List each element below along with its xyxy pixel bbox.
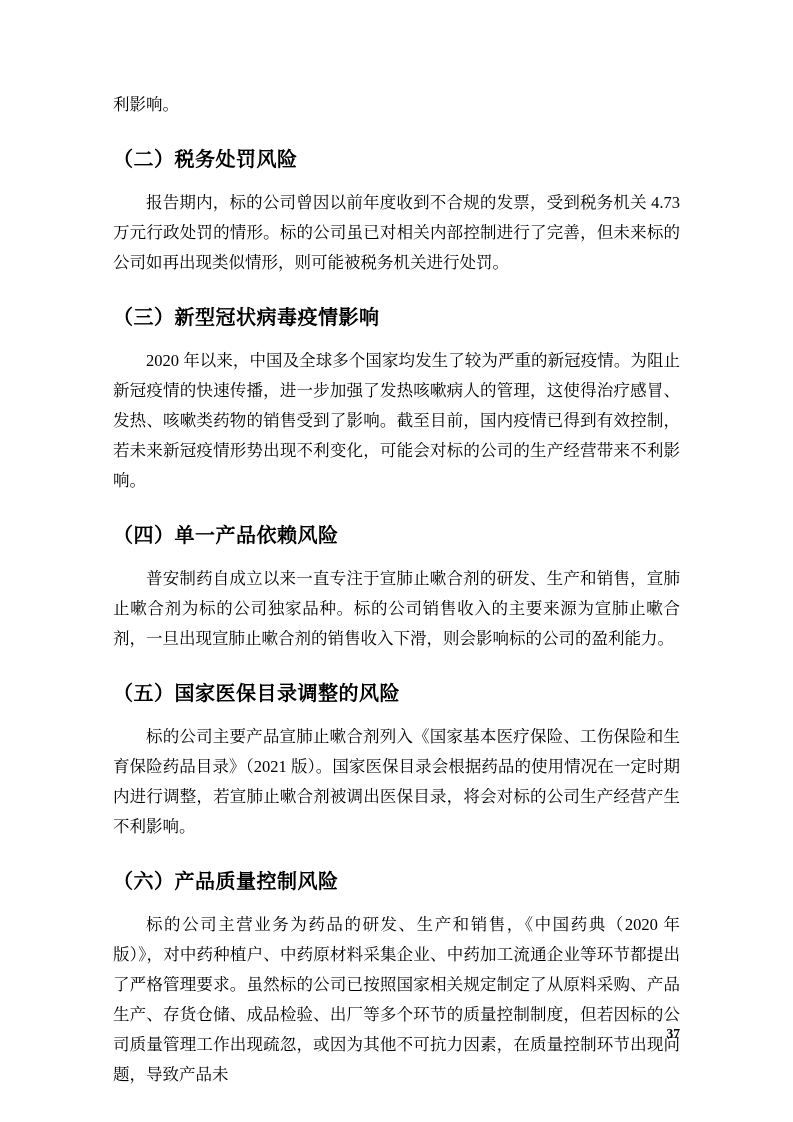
section-heading: （五）国家医保目录调整的风险 — [113, 682, 680, 707]
section-paragraph: 标的公司主要产品宣肺止嗽合剂列入《国家基本医疗保险、工伤保险和生育保险药品目录》… — [113, 722, 680, 842]
section-medical-insurance-catalog-risk: （五）国家医保目录调整的风险 标的公司主要产品宣肺止嗽合剂列入《国家基本医疗保险… — [113, 682, 680, 842]
section-paragraph: 2020 年以来，中国及全球多个国家均发生了较为严重的新冠疫情。为阻止新冠疫情的… — [113, 346, 680, 496]
section-paragraph: 报告期内，标的公司曾因以前年度收到不合规的发票，受到税务机关 4.73 万元行政… — [113, 188, 680, 278]
document-page: 利影响。 （二）税务处罚风险 报告期内，标的公司曾因以前年度收到不合规的发票，受… — [0, 0, 793, 1122]
section-heading: （三）新型冠状病毒疫情影响 — [113, 306, 680, 331]
section-heading: （六）产品质量控制风险 — [113, 870, 680, 895]
section-tax-penalty-risk: （二）税务处罚风险 报告期内，标的公司曾因以前年度收到不合规的发票，受到税务机关… — [113, 148, 680, 278]
section-covid-impact: （三）新型冠状病毒疫情影响 2020 年以来，中国及全球多个国家均发生了较为严重… — [113, 306, 680, 496]
section-single-product-risk: （四）单一产品依赖风险 普安制药自成立以来一直专注于宣肺止嗽合剂的研发、生产和销… — [113, 524, 680, 654]
continuation-paragraph: 利影响。 — [113, 90, 680, 120]
page-number: 37 — [113, 1026, 680, 1042]
section-heading: （二）税务处罚风险 — [113, 148, 680, 173]
section-paragraph: 普安制药自成立以来一直专注于宣肺止嗽合剂的研发、生产和销售，宣肺止嗽合剂为标的公… — [113, 564, 680, 654]
section-paragraph: 标的公司主营业务为药品的研发、生产和销售，《中国药典（2020 年版）》，对中药… — [113, 910, 680, 1090]
section-product-quality-control-risk: （六）产品质量控制风险 标的公司主营业务为药品的研发、生产和销售，《中国药典（2… — [113, 870, 680, 1090]
section-heading: （四）单一产品依赖风险 — [113, 524, 680, 549]
document-body: 利影响。 （二）税务处罚风险 报告期内，标的公司曾因以前年度收到不合规的发票，受… — [113, 90, 680, 1090]
